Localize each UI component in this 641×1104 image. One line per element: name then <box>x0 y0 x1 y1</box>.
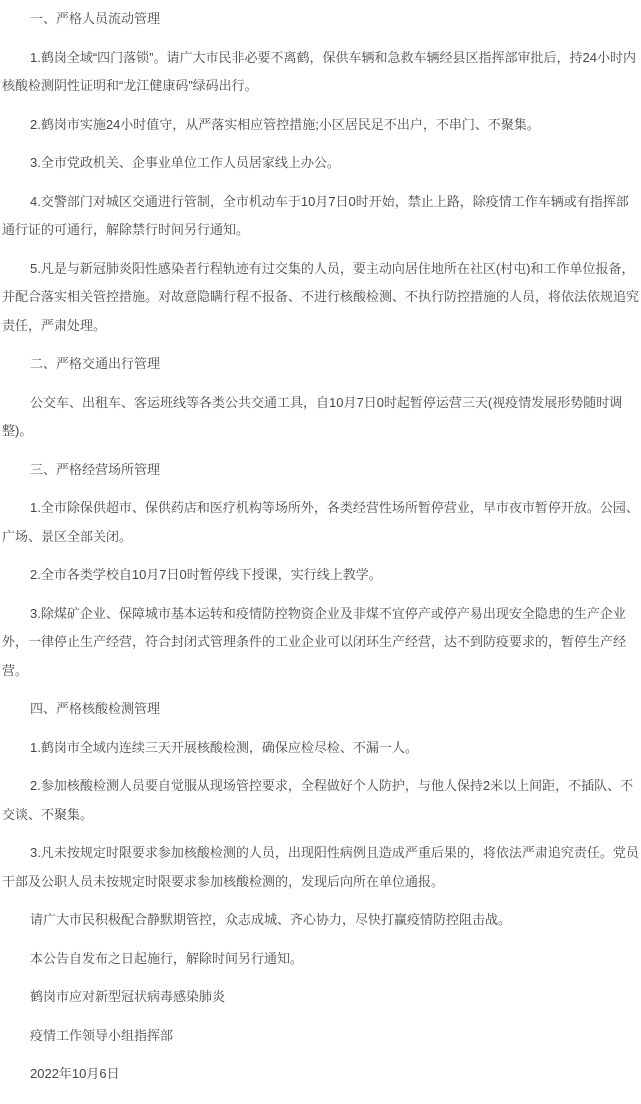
body-paragraph: 本公告自发布之日起施行，解除时间另行通知。 <box>2 945 639 974</box>
body-paragraph: 1.全市除保供超市、保供药店和医疗机构等场所外，各类经营性场所暂停营业，早市夜市… <box>2 494 639 551</box>
body-paragraph: 3.凡未按规定时限要求参加核酸检测的人员，出现阳性病例且造成严重后果的，将依法严… <box>2 839 639 896</box>
body-paragraph: 4.交警部门对城区交通进行管制，全市机动车于10月7日0时开始，禁止上路，除疫情… <box>2 188 639 245</box>
section-heading: 三、严格经营场所管理 <box>2 456 639 485</box>
body-paragraph: 请广大市民积极配合静默期管控，众志成城、齐心协力，尽快打赢疫情防控阻击战。 <box>2 906 639 935</box>
announcement-document: 一、严格人员流动管理1.鹤岗全域“四门落锁”。请广大市民非必要不离鹤，保供车辆和… <box>0 0 641 1089</box>
body-paragraph: 5.凡是与新冠肺炎阳性感染者行程轨迹有过交集的人员，要主动向居住地所在社区(村屯… <box>2 255 639 341</box>
body-paragraph: 2.鹤岗市实施24小时值守，从严落实相应管控措施;小区居民足不出户，不串门、不聚… <box>2 111 639 140</box>
section-heading: 二、严格交通出行管理 <box>2 350 639 379</box>
body-paragraph: 1.鹤岗市全域内连续三天开展核酸检测，确保应检尽检、不漏一人。 <box>2 734 639 763</box>
signature-line: 疫情工作领导小组指挥部 <box>2 1022 639 1051</box>
body-paragraph: 3.全市党政机关、企事业单位工作人员居家线上办公。 <box>2 149 639 178</box>
body-paragraph: 3.除煤矿企业、保障城市基本运转和疫情防控物资企业及非煤不宜停产或停产易出现安全… <box>2 600 639 686</box>
body-paragraph: 公交车、出租车、客运班线等各类公共交通工具，自10月7日0时起暂停运营三天(视疫… <box>2 389 639 446</box>
signature-line: 鹤岗市应对新型冠状病毒感染肺炎 <box>2 983 639 1012</box>
body-paragraph: 2.全市各类学校自10月7日0时暂停线下授课，实行线上教学。 <box>2 561 639 590</box>
date-line: 2022年10月6日 <box>2 1060 639 1089</box>
section-heading: 四、严格核酸检测管理 <box>2 695 639 724</box>
body-paragraph: 2.参加核酸检测人员要自觉服从现场管控要求，全程做好个人防护，与他人保持2米以上… <box>2 772 639 829</box>
paragraph-list: 一、严格人员流动管理1.鹤岗全域“四门落锁”。请广大市民非必要不离鹤，保供车辆和… <box>2 5 639 1089</box>
section-heading: 一、严格人员流动管理 <box>2 5 639 34</box>
body-paragraph: 1.鹤岗全域“四门落锁”。请广大市民非必要不离鹤，保供车辆和急救车辆经县区指挥部… <box>2 44 639 101</box>
